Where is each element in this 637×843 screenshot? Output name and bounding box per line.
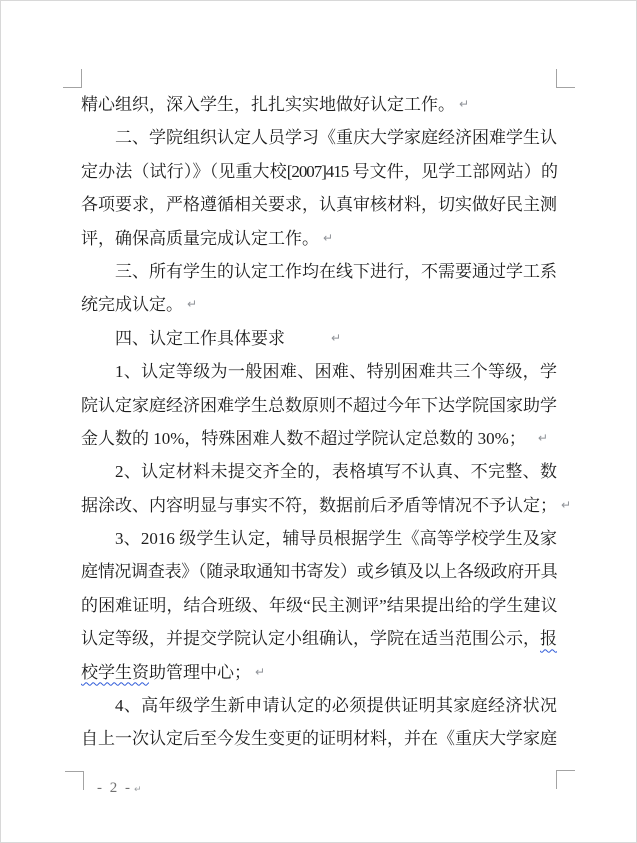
spellcheck-underlined-text: 报 [540, 629, 557, 648]
text-segment: 4、高年级学生新申请认定的必须提供证明其家庭经济状况 [115, 696, 557, 715]
page-footer: - 2 -↵ [97, 778, 142, 800]
text-segment: 各项要求，严格遵循相关要求，认真审核材料，切实做好民主测 [81, 195, 557, 214]
text-segment: 金人数的 10%，特殊困难人数不超过学院认定总数的 30%； [81, 429, 526, 448]
text-line: 4、高年级学生新申请认定的必须提供证明其家庭经济状况 [81, 689, 557, 722]
text-line: 各项要求，严格遵循相关要求，认真审核材料，切实做好民主测 [81, 188, 557, 221]
text-line: 四、认定工作具体要求↵ [81, 322, 557, 355]
text-segment: 定办法（试行）》（见重大校[2007]415 号文件，见学工部网站）的 [81, 162, 557, 181]
text-segment: 自上一次认定后至今发生变更的证明材料，并在《重庆大学家庭 [81, 729, 557, 748]
text-line: 统完成认定。↵ [81, 288, 557, 321]
pilcrow-mark: ↵ [132, 785, 142, 795]
text-segment: 四、认定工作具体要求 [115, 329, 285, 348]
text-line: 定办法（试行）》（见重大校[2007]415 号文件，见学工部网站）的 [81, 155, 557, 188]
pilcrow-mark: ↵ [455, 88, 469, 121]
text-line: 二、学院组织认定人员学习《重庆大学家庭经济困难学生认 [81, 121, 557, 154]
text-segment: 据涂改、内容明显与事实不符，数据前后矛盾等情况不予认定； [81, 496, 557, 515]
text-segment: 2、认定材料未提交齐全的，表格填写不认真、不完整、数 [115, 462, 557, 481]
pilcrow-mark: ↵ [285, 322, 341, 355]
text-segment: 的困难证明，结合班级、年级“民主测评”结果提出给的学生建议 [81, 596, 557, 615]
text-segment: 3、2016 级学生认定，辅导员根据学生《高等学校学生及家 [115, 529, 557, 548]
text-line: 院认定家庭经济困难学生总数原则不超过今年下达学院国家助学 [81, 389, 557, 422]
crop-mark-bottom-right-icon [556, 770, 575, 789]
text-segment: 助管理中心； [149, 663, 251, 682]
text-line: 的困难证明，结合班级、年级“民主测评”结果提出给的学生建议 [81, 589, 557, 622]
text-segment: 二、学院组织认定人员学习《重庆大学家庭经济困难学生认 [115, 128, 557, 147]
crop-mark-top-right-icon [556, 69, 575, 88]
text-line: 2、认定材料未提交齐全的，表格填写不认真、不完整、数 [81, 455, 557, 488]
text-segment: 评，确保高质量完成认定工作。 [81, 229, 319, 248]
text-line: 精心组织，深入学生，扎扎实实地做好认定工作。↵ [81, 88, 557, 121]
crop-mark-top-left-icon [63, 69, 82, 88]
text-segment: 三、所有学生的认定工作均在线下进行，不需要通过学工系 [115, 262, 557, 281]
text-line: 庭情况调查表》（随录取通知书寄发）或乡镇及以上各级政府开具 [81, 555, 557, 588]
text-line: 1、认定等级为一般困难、困难、特别困难共三个等级，学 [81, 355, 557, 388]
text-line: 自上一次认定后至今发生变更的证明材料，并在《重庆大学家庭 [81, 722, 557, 755]
text-line: 评，确保高质量完成认定工作。↵ [81, 222, 557, 255]
spellcheck-underlined-text: 校学生资 [81, 663, 149, 682]
text-line: 三、所有学生的认定工作均在线下进行，不需要通过学工系 [81, 255, 557, 288]
document-body: 精心组织，深入学生，扎扎实实地做好认定工作。↵二、学院组织认定人员学习《重庆大学… [81, 88, 557, 756]
crop-mark-bottom-left-icon [65, 771, 84, 790]
pilcrow-mark: ↵ [319, 222, 333, 255]
text-segment: 庭情况调查表》（随录取通知书寄发）或乡镇及以上各级政府开具 [81, 562, 557, 581]
text-segment: 院认定家庭经济困难学生总数原则不超过今年下达学院国家助学 [81, 396, 557, 415]
text-line: 金人数的 10%，特殊困难人数不超过学院认定总数的 30%；↵ [81, 422, 557, 455]
pilcrow-mark: ↵ [251, 656, 265, 689]
text-line: 认定等级，并提交学院认定小组确认，学院在适当范围公示，报 [81, 622, 557, 655]
page-number: - 2 - [97, 780, 132, 796]
pilcrow-mark: ↵ [183, 288, 197, 321]
pilcrow-mark: ↵ [557, 489, 571, 522]
document-page: { "page": { "background": "#ffffff", "bo… [0, 0, 637, 843]
pilcrow-mark: ↵ [526, 422, 548, 455]
text-segment: 1、认定等级为一般困难、困难、特别困难共三个等级，学 [115, 362, 557, 381]
text-segment: 认定等级，并提交学院认定小组确认，学院在适当范围公示， [81, 629, 540, 648]
text-line: 3、2016 级学生认定，辅导员根据学生《高等学校学生及家 [81, 522, 557, 555]
text-line: 据涂改、内容明显与事实不符，数据前后矛盾等情况不予认定；↵ [81, 489, 557, 522]
text-segment: 统完成认定。 [81, 295, 183, 314]
text-line: 校学生资助管理中心；↵ [81, 656, 557, 689]
text-segment: 精心组织，深入学生，扎扎实实地做好认定工作。 [81, 95, 455, 114]
